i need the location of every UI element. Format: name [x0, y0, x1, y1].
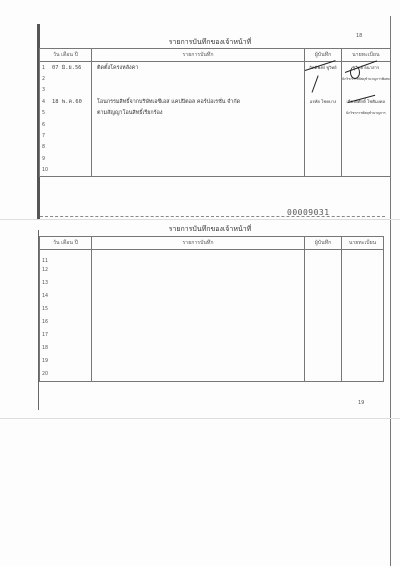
table-row: 12 [40, 264, 384, 277]
table-row: 13 [40, 277, 384, 290]
signature-loop-icon [350, 66, 360, 79]
table-row: 14 [40, 290, 384, 303]
row-number: 1 [40, 66, 52, 71]
row-number: 18 [40, 346, 52, 351]
table-row: 3 [40, 85, 391, 96]
registrar-title: นักวิชาการพัสดุชำนาญการ [346, 111, 386, 115]
table-row: 18 [40, 342, 384, 355]
row-number: 15 [40, 307, 52, 312]
row-entry: โอนกรรมสิทธิ์จากบริษัทเอซีเอส แคปปิตอล ค… [92, 99, 240, 105]
row-number: 7 [40, 134, 52, 139]
row-number: 8 [40, 145, 52, 150]
table-row: 10 [40, 165, 391, 177]
row-number: 17 [40, 333, 52, 338]
header-recorder: ผู้บันทึก [305, 49, 342, 62]
upper-log-table: วัน เดือน ปี รายการบันทึก ผู้บันทึก นายท… [39, 48, 391, 177]
stamp-number: 00009031 [287, 208, 330, 217]
row-number: 11 [40, 259, 52, 264]
row-number: 4 [40, 100, 52, 105]
header-recorder: ผู้บันทึก [305, 237, 342, 250]
header-date: วัน เดือน ปี [40, 49, 92, 62]
header-date: วัน เดือน ปี [40, 237, 92, 250]
lower-log-table: วัน เดือน ปี รายการบันทึก ผู้บันทึก นายท… [39, 236, 384, 382]
table-row: 2 นักวิชาการพัสดุชำนาญการพิเศษ [40, 73, 391, 84]
scan-fold-line [0, 219, 400, 220]
table-row: 418 พ.ค.60 โอนกรรมสิทธิ์จากบริษัทเอซีเอส… [40, 96, 391, 107]
row-number: 16 [40, 320, 52, 325]
row-number: 13 [40, 281, 52, 286]
row-entry [92, 87, 97, 93]
table-row: 11 [40, 250, 384, 264]
table-row: 7 [40, 130, 391, 141]
row-number: 9 [40, 157, 52, 162]
table-header-row: วัน เดือน ปี รายการบันทึก ผู้บันทึก นายท… [40, 237, 384, 250]
upper-section-title: รายการบันทึกของเจ้าหน้าที่ [10, 37, 400, 48]
row-number: 5 [40, 111, 52, 116]
table-row: 5 ตามสัญญาโอนสิทธิ์เรียกร้อง นักวิชาการพ… [40, 108, 391, 119]
table-row: 107 มิ.ย.56 ติดตั้งโครงหลังคา กิตติพงษ์ … [40, 62, 391, 74]
table-row: 19 [40, 355, 384, 368]
lower-section-title: รายการบันทึกของเจ้าหน้าที่ [10, 224, 400, 235]
registrar-title: นักวิชาการพัสดุชำนาญการพิเศษ [342, 77, 390, 81]
recorder-signature: อรทัย โชคบาง [310, 99, 336, 104]
table-row: 9 [40, 153, 391, 164]
row-number: 20 [40, 372, 52, 377]
lower-page-number: 19 [358, 400, 364, 406]
table-row: 15 [40, 303, 384, 316]
table-row: 8 [40, 142, 391, 153]
row-number: 19 [40, 359, 52, 364]
page-separator-line [40, 216, 385, 217]
header-entry: รายการบันทึก [92, 237, 305, 250]
table-row: 17 [40, 329, 384, 342]
header-registrar: นายทะเบียน [342, 237, 384, 250]
scan-fold-line [0, 418, 400, 419]
header-registrar: นายทะเบียน [342, 49, 391, 62]
row-entry: ตามสัญญาโอนสิทธิ์เรียกร้อง [92, 110, 162, 116]
row-entry: ติดตั้งโครงหลังคา [92, 65, 138, 71]
row-number: 12 [40, 268, 52, 273]
row-entry [92, 76, 97, 82]
row-number: 14 [40, 294, 52, 299]
table-row: 20 [40, 368, 384, 382]
table-row: 16 [40, 316, 384, 329]
row-number: 2 [40, 77, 52, 82]
table-row: 6 [40, 119, 391, 130]
row-number: 6 [40, 123, 52, 128]
table-header-row: วัน เดือน ปี รายการบันทึก ผู้บันทึก นายท… [40, 49, 391, 62]
row-date: 07 มิ.ย.56 [52, 65, 81, 71]
row-number: 3 [40, 88, 52, 93]
row-number: 10 [40, 168, 52, 173]
header-entry: รายการบันทึก [92, 49, 305, 62]
row-date: 18 พ.ค.60 [52, 99, 82, 105]
